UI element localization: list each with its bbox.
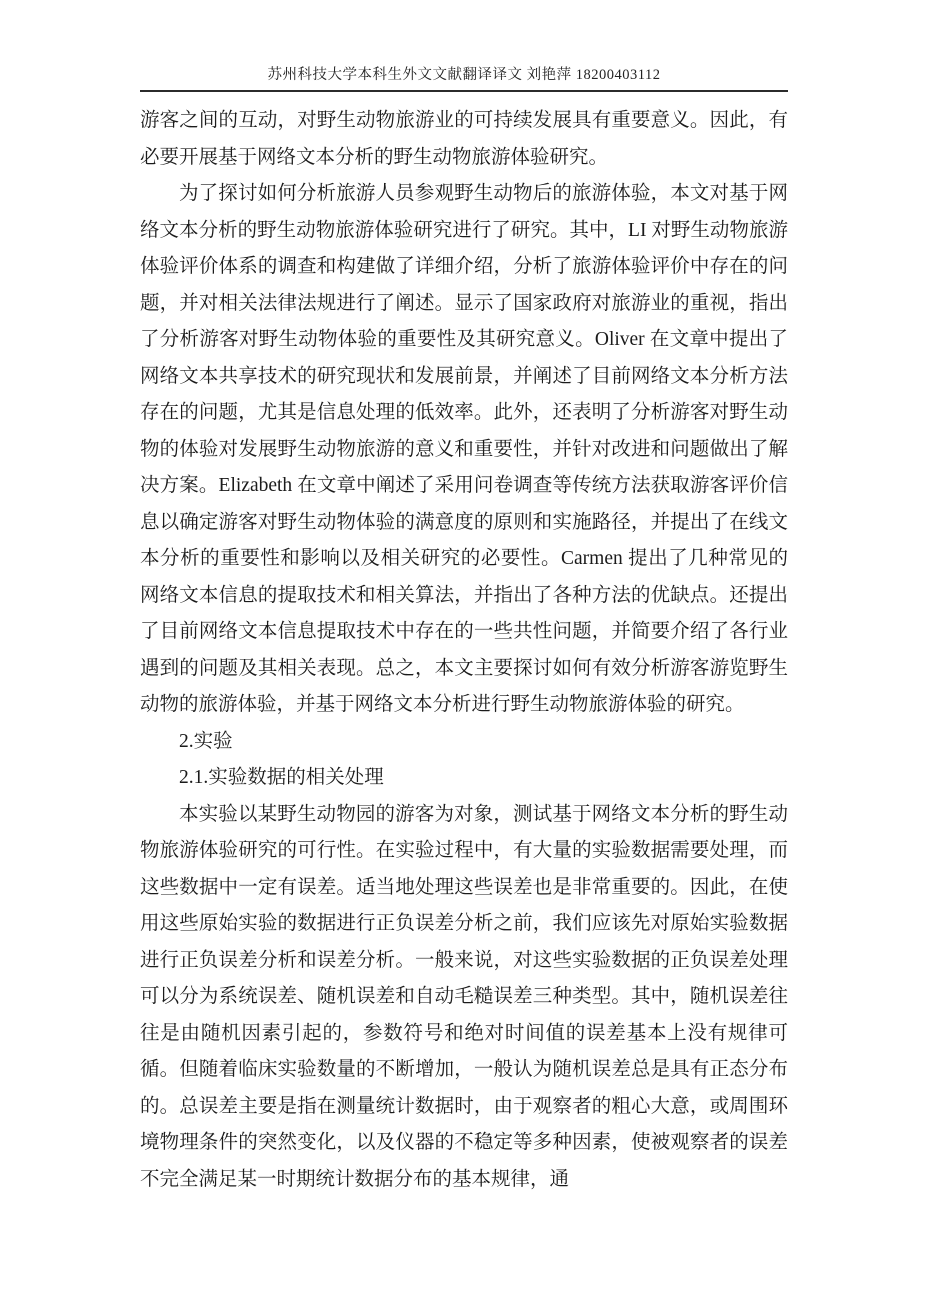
header-text: 苏州科技大学本科生外文文献翻译译文 刘艳萍 18200403112 xyxy=(268,67,661,83)
paragraph-continuation: 游客之间的互动，对野生动物旅游业的可持续发展具有重要意义。因此，有必要开展基于网… xyxy=(140,103,788,176)
document-page: 苏州科技大学本科生外文文献翻译译文 刘艳萍 18200403112 游客之间的互… xyxy=(0,0,926,1309)
subsection-heading: 2.1.实验数据的相关处理 xyxy=(140,760,788,797)
page-header: 苏州科技大学本科生外文文献翻译译文 刘艳萍 18200403112 xyxy=(140,63,788,92)
paragraph: 本实验以某野生动物园的游客为对象，测试基于网络文本分析的野生动物旅游体验研究的可… xyxy=(140,797,788,1199)
paragraph: 为了探讨如何分析旅游人员参观野生动物后的旅游体验，本文对基于网络文本分析的野生动… xyxy=(140,176,788,724)
document-body: 游客之间的互动，对野生动物旅游业的可持续发展具有重要意义。因此，有必要开展基于网… xyxy=(140,103,788,1198)
section-heading: 2.实验 xyxy=(140,724,788,761)
